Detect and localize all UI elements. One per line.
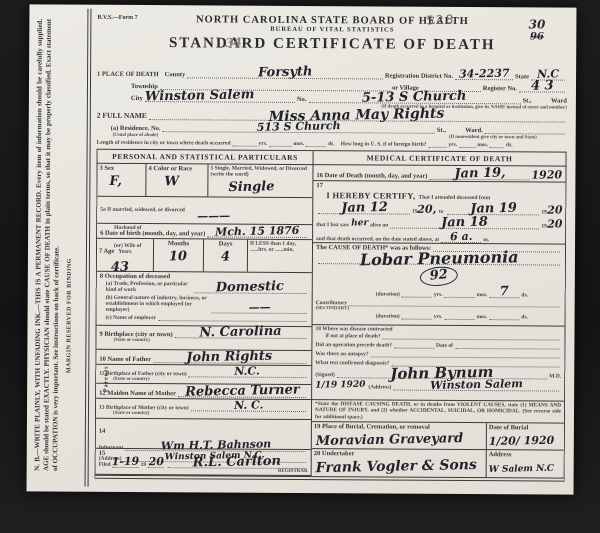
date-of-label: Date of <box>436 343 453 349</box>
contributory-label: Contributory <box>316 300 348 306</box>
age-months-value: 10 <box>169 252 187 262</box>
race-label: 4 Color or Race <box>148 165 205 172</box>
duration-label: (duration) <box>376 291 400 297</box>
street-value: 5-13 S Church <box>362 92 467 104</box>
filed-label: Filed <box>99 462 111 468</box>
y19-c: 19 <box>541 223 547 229</box>
md-label: M.D. <box>549 374 561 380</box>
abode-note: (Usual place of abode) <box>113 133 158 138</box>
age-days-value: 4 <box>221 253 230 263</box>
sex-race-marital-row: 3 Sex F, 4 Color or Race W 5 Single, Mar… <box>97 164 312 198</box>
length-of-residence-line: Length of residence in city or town wher… <box>97 139 567 149</box>
marital-value: Single <box>228 182 274 193</box>
duration-days-value: 7 <box>500 287 509 297</box>
informant-row: 14 Informant Wm H.T. Bahnson (Address) W… <box>96 419 311 450</box>
mother-value: Rebecca Turner <box>185 386 300 398</box>
less-than-day-label: If LESS than 1 day, ......hrs. or ......… <box>250 241 310 253</box>
where-contracted-label: 18 Where was disease contracted <box>315 326 392 332</box>
length-mos-entry <box>269 140 291 147</box>
death-certificate-document: N. B.—WRITE PLAINLY, WITH UNFADING INK.—… <box>27 4 577 494</box>
registrar-signature-entry: R.L. Carlton <box>168 457 306 469</box>
filed-row: 15 Filed 1-19 19 20 R.L. Carlton REGISTR… <box>96 449 311 476</box>
date-of-death-year: 1920 <box>532 170 563 181</box>
corner-numbers: 30 96 <box>529 15 546 42</box>
street-no-label: No. <box>297 96 307 103</box>
where-contracted-label2: if not at place of death? <box>325 333 380 339</box>
county-value: Forsyth <box>258 67 313 78</box>
nonresident-note: (If nonresident give city or town and St… <box>449 135 537 141</box>
state-label: State <box>515 73 529 80</box>
residence-label: (a) Residence. No. <box>111 125 161 132</box>
lastsaw-entry: Jan 18 <box>390 217 539 229</box>
attended-to-value: Jan 19 <box>470 203 517 214</box>
age-years-cell: 7 Age Years 43 <box>97 239 153 271</box>
place-of-death-label: 1 PLACE OF DEATH <box>97 71 159 78</box>
industry-value: —— <box>248 303 270 313</box>
burial-date-label: Date of Burial <box>489 424 562 431</box>
city-entry: Winston Salem <box>145 91 295 103</box>
yrs-label2: yrs. <box>448 142 457 148</box>
duration-mos-label: mos. <box>477 292 488 298</box>
sign-date-value: 1/19 1920 <box>315 380 365 391</box>
corner-struck-number: 96 <box>529 31 546 42</box>
howlong-mos-entry <box>459 141 475 148</box>
birthplace-label: 9 Birthplace (city or town) <box>99 330 172 337</box>
trade-entry: Domestic <box>194 282 307 294</box>
filed-date-value: 1-19 <box>112 457 140 468</box>
register-entry: 4 3 <box>519 81 565 92</box>
filed-date-entry: 1-19 <box>113 457 139 468</box>
physician-address-value: Winston Salem <box>430 379 523 391</box>
from-year-value: 20, <box>418 204 437 214</box>
medical-column-header: MEDICAL CERTIFICATE OF DEATH <box>314 151 566 167</box>
attended-from-value: Jan 12 <box>341 202 388 213</box>
personal-statistical-column: PERSONAL AND STATISTICAL PARTICULARS 3 S… <box>96 150 314 476</box>
birthdate-value: Mch. 15 1876 <box>215 226 299 238</box>
father-value: John Rights <box>187 351 273 363</box>
place-of-death-section: 1 PLACE OF DEATH County Forsyth Registra… <box>97 67 567 149</box>
birthplace-row: 9 Birthplace (city or town) N. Carolina … <box>96 325 311 350</box>
certificate-title: STANDARD CERTIFICATE OF DEATH <box>97 35 567 55</box>
undertaker-row: 20 Undertaker Frank Vogler & Sons Addres… <box>312 449 564 478</box>
autopsy-label: Was there an autopsy? <box>315 351 368 357</box>
date-of-death-label: 16 Date of Death (month, day, and year) <box>316 172 427 180</box>
howlong-label: How long in U. S. if of foreign birth? <box>341 141 427 148</box>
y19-b: 19 <box>541 209 547 215</box>
sex-label: 3 Sex <box>99 165 143 172</box>
mos-label2: mos. <box>477 142 488 148</box>
ds-label: ds. <box>328 141 335 147</box>
birthplace-value: N. Carolina <box>199 326 281 338</box>
father-birthplace-row: 11 Birthplace of Father (city or town) N… <box>96 364 311 384</box>
duration2-ds-entry <box>489 313 519 320</box>
occupation-row: 8 Occupation of deceased (a) Trade, Prof… <box>97 272 312 327</box>
lastsaw-year-value: 20 <box>547 219 563 229</box>
burial-place-value: Moravian Graveyard <box>316 434 464 447</box>
age-row: 7 Age Years 43 Months 10 Days 4 If LESS … <box>97 239 312 273</box>
item-17-number: 17 <box>316 182 562 191</box>
birthplace-entry: N. Carolina <box>175 327 307 339</box>
district-value: 34-2237 <box>459 69 510 80</box>
sex-cell: 3 Sex F, <box>97 164 145 196</box>
mother-bp-entry: N. C. <box>191 401 306 413</box>
footnote-text: *State the DISEASE CAUSING DEATH, or in … <box>315 401 561 422</box>
date-of-death-entry: Jan 19, <box>429 168 529 180</box>
trade-label: (a) Trade, Profession, or particular kin… <box>106 281 192 294</box>
operation-date-entry <box>455 342 559 350</box>
duration2-mos-label: mos. <box>476 314 487 320</box>
spouse-value: ——— <box>197 211 230 222</box>
m-label: m. <box>483 237 489 243</box>
age-label: 7 Age <box>99 248 114 255</box>
cause-of-death-block: The CAUSE OF DEATH* was as follows: Loba… <box>313 243 566 327</box>
filed-number: 15 <box>99 450 106 457</box>
undertaker-cell: 20 Undertaker Frank Vogler & Sons <box>312 449 486 477</box>
district-entry: 34-2237 <box>455 69 513 80</box>
parents-side-label: Parents <box>103 366 109 393</box>
age-months-cell: Months 10 <box>153 239 203 271</box>
county-label: County <box>165 71 186 78</box>
sex-value: F, <box>109 177 122 187</box>
lastsaw-value: Jan 18 <box>441 217 488 228</box>
father-entry: John Rights <box>153 352 306 364</box>
trade-value: Domestic <box>216 282 284 293</box>
race-value: W <box>164 177 179 187</box>
county-entry: Forsyth <box>187 67 383 79</box>
residence-value: 513 S Church <box>257 121 341 133</box>
mother-entry: Rebecca Turner <box>178 387 306 399</box>
burial-date-value: 1/20/ 1920 <box>489 436 555 447</box>
where-contracted-entry <box>383 333 560 341</box>
father-label: 10 Name of Father <box>99 355 151 362</box>
operation-label: Did an operation precede death? <box>315 342 392 348</box>
register-label: Register No. <box>483 85 517 92</box>
employer-entry <box>158 314 306 322</box>
filed-year-value: 20 <box>148 457 164 467</box>
undertaker-value: Frank Vogler & Sons <box>316 460 477 473</box>
father-name-row: 10 Name of Father John Rights <box>96 349 311 365</box>
undertaker-address-cell: Address W Salem N.C <box>486 450 564 477</box>
lastsaw-post-label: alive on <box>370 222 388 228</box>
personal-column-header: PERSONAL AND STATISTICAL PARTICULARS <box>98 150 313 165</box>
spouse-row: 5a If married, widowed, or divorced Husb… <box>97 197 312 225</box>
duration2-ds-label: ds. <box>521 314 528 320</box>
marital-cell: 5 Single, Married, Widowed, or Divorced … <box>207 164 312 197</box>
bureau-subtitle: BUREAU OF VITAL STATISTICS <box>97 25 567 35</box>
employer-label: (c) Name of employer <box>106 315 157 321</box>
date-of-death-value: Jan 19, <box>454 168 505 179</box>
undertaker-address-value: W Salem N.C <box>489 464 555 475</box>
mother-name-row: 12 Maiden Name of Mother Rebecca Turner <box>96 383 311 400</box>
city-line: City Winston Salem No. 5-13 S Church St.… <box>97 91 567 105</box>
informant-number: 14 <box>99 428 106 435</box>
full-name-label: 2 FULL NAME <box>97 111 147 120</box>
burial-place-cell: 19 Place of Burial, Cremation, or remova… <box>312 422 486 449</box>
months-label: Months <box>156 240 201 247</box>
duration2-yrs-label: yrs. <box>434 313 443 319</box>
operation-entry <box>394 342 434 349</box>
mos-label: mos. <box>293 141 304 147</box>
burial-date-cell: Date of Burial 1/20/ 1920 <box>486 423 564 449</box>
birthdate-entry: Mch. 15 1876 <box>207 227 307 239</box>
industry-label: (b) General nature of industry, business… <box>106 295 210 314</box>
autopsy-entry <box>371 351 560 359</box>
length-label: Length of residence in city or town wher… <box>97 140 231 147</box>
filed-year-entry: 20 <box>148 457 164 468</box>
father-bp-value: N.C. <box>235 366 261 377</box>
residence-entry: 513 S Church <box>163 121 435 134</box>
cause-entry: Lobar Pneumonia <box>318 253 560 265</box>
race-cell: 4 Color or Race W <box>145 164 207 197</box>
ds-label2: ds. <box>506 142 513 148</box>
yrs-label: yrs. <box>259 141 268 147</box>
particulars-table: PERSONAL AND STATISTICAL PARTICULARS 3 S… <box>95 149 567 482</box>
less-than-day-cell: If LESS than 1 day, ......hrs. or ......… <box>247 240 312 272</box>
father-bp-entry: N.C. <box>189 366 307 378</box>
test-label: What test confirmed diagnosis? <box>315 360 389 366</box>
mother-bp-value: N. C. <box>234 401 264 412</box>
burial-place-label: 19 Place of Burial, Cremation, or remova… <box>314 423 484 431</box>
birthdate-label: 6 Date of birth (month, day, and year) <box>100 230 205 238</box>
hour-entry: 6 a. <box>441 231 481 242</box>
certificate-form: B.V.S.—Form 7 528 30 96 NORTH CAROLINA S… <box>85 9 572 490</box>
cause-value: Lobar Pneumonia <box>360 252 519 265</box>
mother-birthplace-row: 13 Birthplace of Mother (city or town) N… <box>96 399 311 420</box>
marital-label: 5 Single, Married, Widowed, or Divorced … <box>210 165 310 178</box>
date-of-death-row: 16 Date of Death (month, day, and year) … <box>313 165 565 182</box>
city-label: City <box>131 95 143 102</box>
days-label: Days <box>206 240 245 247</box>
howlong-ds-entry <box>490 141 504 148</box>
mother-label: 12 Maiden Name of Mother <box>99 390 176 397</box>
spouse-label: 5a If married, widowed, or divorced <box>100 207 185 214</box>
physician-address-label: (Address) <box>368 385 391 391</box>
hour-value: 6 a. <box>450 231 473 241</box>
howlong-yrs-entry <box>428 141 446 148</box>
margin-note-text: N. B.—WRITE PLAINLY, WITH UNFADING INK.—… <box>33 19 63 471</box>
medical-certificate-column: MEDICAL CERTIFICATE OF DEATH 16 Date of … <box>312 151 566 478</box>
to-label: to <box>439 208 444 214</box>
duration-yrs-label: yrs. <box>434 291 443 297</box>
registrar-signature: R.L. Carlton <box>193 457 281 469</box>
disease-questions-block: 18 Where was disease contracted if not a… <box>312 325 564 400</box>
undertaker-address-label: Address <box>489 451 562 458</box>
industry-entry: —— <box>212 303 307 315</box>
certificate-stamp-number: 528 <box>426 12 456 27</box>
years-label: Years <box>118 249 131 255</box>
signed-label: (Signed) <box>315 372 335 378</box>
penciled-number: 34 <box>225 37 242 48</box>
ward-entry <box>485 127 565 134</box>
st-ward-label: St., Ward <box>523 97 567 104</box>
district-label: Registration District No. <box>385 73 453 80</box>
birthdate-row: 6 Date of birth (month, day, and year) M… <box>97 224 312 240</box>
footnote-block: *State the DISEASE CAUSING DEATH, or in … <box>312 399 564 424</box>
duration-yrs-entry <box>402 290 432 297</box>
age-days-cell: Days 4 <box>203 239 247 271</box>
form-header: B.V.S.—Form 7 528 30 96 NORTH CAROLINA S… <box>97 11 567 68</box>
duration2-label: (duration) <box>376 313 400 319</box>
duration2-mos-entry <box>444 312 474 319</box>
death-occurred-label: and that death occurred, on the date sta… <box>316 236 439 243</box>
duration-ds-entry: 7 <box>489 287 519 298</box>
certify-rest-text: That I attended deceased from <box>419 194 491 200</box>
lastsaw-pre-label: that I last saw <box>316 222 349 228</box>
certify-block: 17 I HEREBY CERTIFY, That I attended dec… <box>313 181 565 245</box>
scan-background: N. B.—WRITE PLAINLY, WITH UNFADING INK.—… <box>0 0 600 533</box>
length-ds-entry <box>306 140 326 147</box>
form-number: B.V.S.—Form 7 <box>97 15 137 21</box>
duration-mos-entry <box>445 290 475 297</box>
city-value: Winston Salem <box>145 90 255 102</box>
corner-number: 30 <box>529 17 546 31</box>
to-year-value: 20 <box>547 205 563 215</box>
length-yrs-entry <box>233 140 257 147</box>
certify-bold-text: I HEREBY CERTIFY, <box>326 190 415 201</box>
burial-row: 19 Place of Burial, Cremation, or remova… <box>312 422 564 451</box>
lastsaw-her-value: her <box>351 218 368 228</box>
duration2-yrs-entry <box>402 312 432 319</box>
attended-from-entry: Jan 12 <box>318 203 410 215</box>
contributory-entry <box>349 299 560 307</box>
filed-19-label: 19 <box>141 462 147 468</box>
street-entry: 5-13 S Church <box>308 92 520 104</box>
residence-ward-label: St., Ward. <box>437 127 483 134</box>
duration-ds-label: ds. <box>521 292 528 298</box>
attended-to-entry: Jan 19 <box>447 203 539 215</box>
register-value: 4 3 <box>531 81 554 91</box>
margin-binding-text: MARGIN RESERVED FOR BINDING <box>66 216 73 416</box>
